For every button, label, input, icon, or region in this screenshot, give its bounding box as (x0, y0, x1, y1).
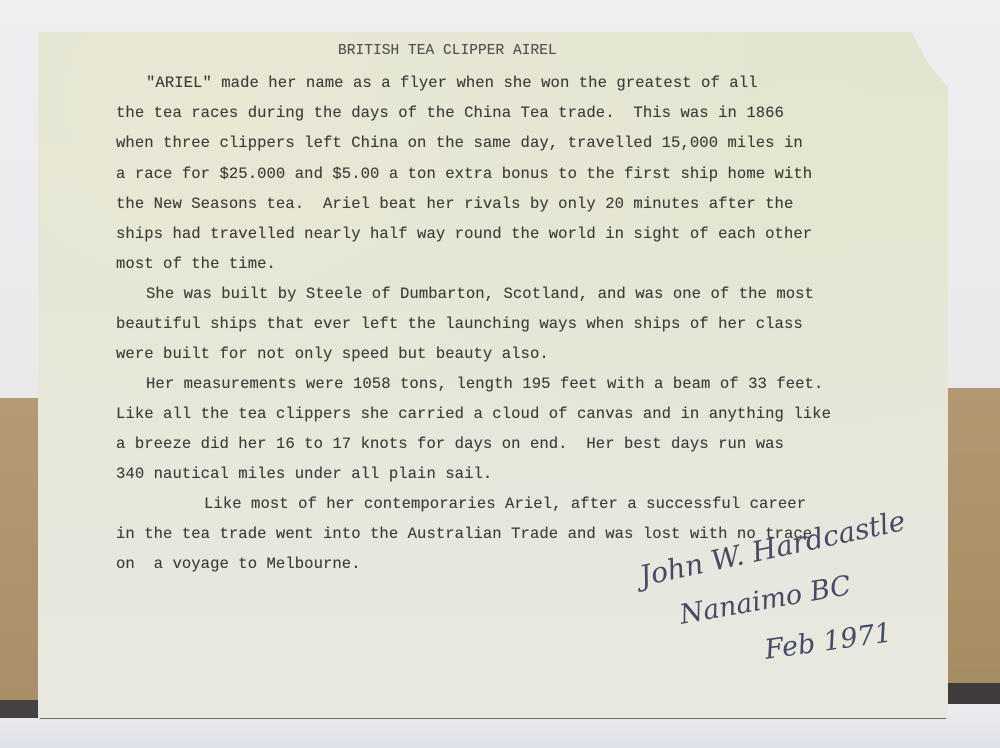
document-title: BRITISH TEA CLIPPER AIREL (338, 43, 557, 59)
text-line: on a voyage to Melbourne. (116, 555, 361, 573)
dark-edge-left (0, 700, 40, 719)
cardboard-backing-left (0, 398, 40, 701)
text-line: She was built by Steele of Dumbarton, Sc… (146, 285, 814, 303)
text-line: Like all the tea clippers she carried a … (116, 405, 831, 423)
dark-edge-right (945, 683, 1000, 704)
paper-edge (40, 718, 946, 719)
text-line: when three clippers left China on the sa… (116, 134, 803, 152)
text-line: a breeze did her 16 to 17 knots for days… (116, 435, 784, 453)
text-line: a race for $25.000 and $5.00 a ton extra… (116, 165, 812, 183)
backdrop-bottom (0, 718, 1000, 748)
text-line: most of the time. (116, 255, 276, 273)
text-line: the tea races during the days of the Chi… (116, 104, 784, 122)
text-line: Her measurements were 1058 tons, length … (146, 375, 823, 393)
cardboard-backing-right (945, 388, 1000, 684)
text-line: Like most of her contemporaries Ariel, a… (204, 495, 806, 513)
text-line: in the tea trade went into the Australia… (116, 525, 812, 543)
text-line: beautiful ships that ever left the launc… (116, 315, 803, 333)
text-line: "ARIEL" made her name as a flyer when sh… (146, 74, 758, 92)
text-line: were built for not only speed but beauty… (116, 345, 549, 363)
text-line: ships had travelled nearly half way roun… (116, 225, 812, 243)
text-line: 340 nautical miles under all plain sail. (116, 465, 492, 483)
text-line: the New Seasons tea. Ariel beat her riva… (116, 195, 793, 213)
